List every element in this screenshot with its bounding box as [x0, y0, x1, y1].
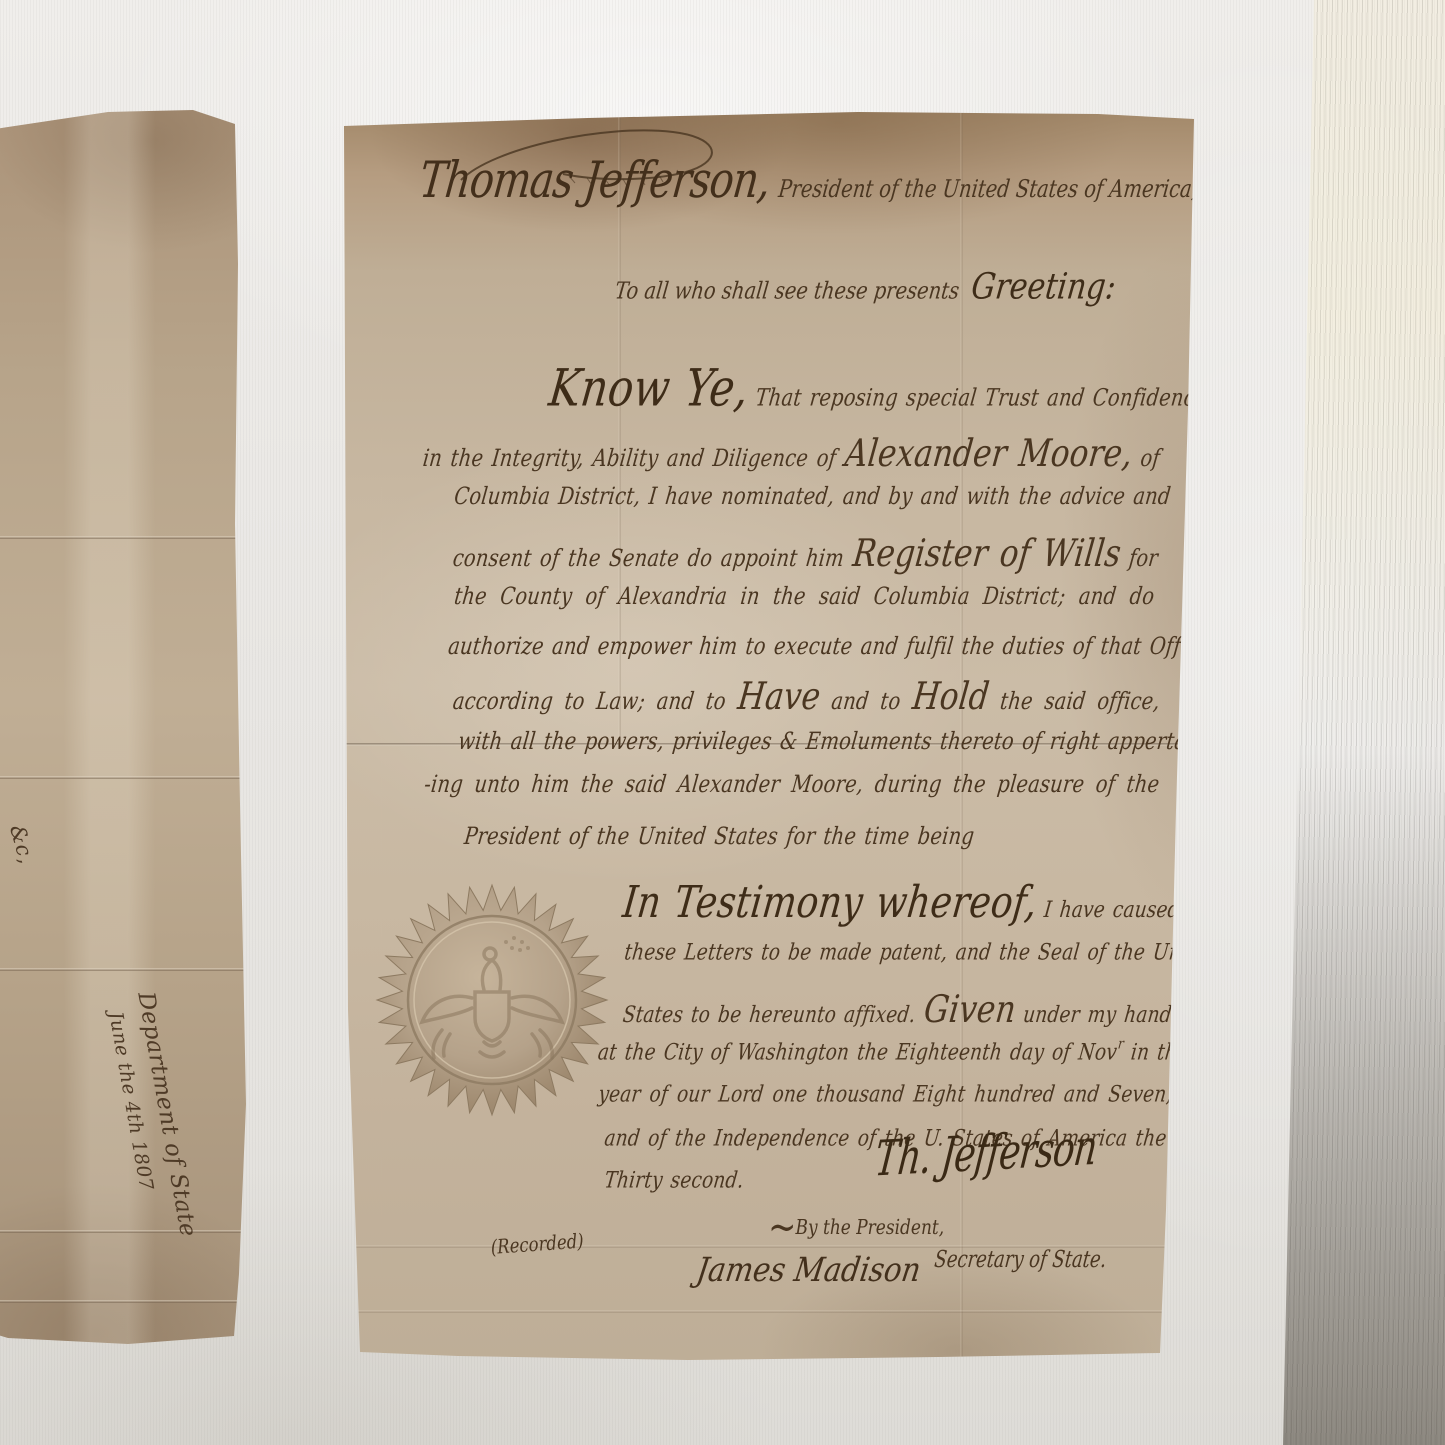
line-segment: Given: [922, 988, 1019, 1032]
line-segment: Columbia District, I have nominated, and…: [453, 482, 1173, 510]
document-line: Know Ye, That reposing special Trust and…: [546, 358, 1163, 418]
document-line: the County of Alexandria in the said Col…: [453, 582, 1156, 610]
document-line: with all the powers, privileges & Emolum…: [457, 727, 1160, 755]
folded-letter-paper: &c, Department of State June the 4th 180…: [0, 104, 258, 1346]
line-segment: Hold: [910, 675, 991, 719]
document-line: Thirty second.: [603, 1168, 796, 1194]
line-segment: consent of the Senate do appoint him: [451, 544, 854, 572]
line-segment: -ing unto him the said Alexander Moore, …: [423, 770, 1161, 798]
greeting-lead: To all who shall see these presents: [614, 277, 961, 305]
document-line: authorize and empower him to execute and…: [447, 632, 1162, 660]
title-script: Thomas Jefferson,: [417, 152, 773, 210]
line-segment: States to be hereunto affixed.: [621, 1003, 925, 1029]
line-segment: with all the powers, privileges & Emolum…: [457, 727, 1214, 755]
fold-crease: [338, 1310, 1200, 1313]
line-segment: of: [1130, 444, 1161, 472]
document-line: in the Integrity, Ability and Diligence …: [421, 432, 1163, 476]
line-segment: That reposing special Trust and Confiden…: [746, 384, 1209, 412]
secretary-of-state-line: Secretary of State.: [933, 1246, 1108, 1273]
line-segment: according to Law; and to: [451, 687, 739, 715]
line-segment: for: [1119, 544, 1160, 572]
greeting-line: To all who shall see these presentsGreet…: [613, 266, 1118, 308]
document-line: according to Law; and to Have and to Hol…: [451, 675, 1163, 719]
line-segment: Thirty second.: [603, 1168, 745, 1194]
line-segment: under my hand: [1014, 1003, 1174, 1029]
jefferson-signature: Th. Jefferson: [872, 1120, 1099, 1187]
document-line: year of our Lord one thousand Eight hund…: [597, 1082, 1174, 1108]
madison-signature: James Madison: [694, 1250, 924, 1289]
line-segment: Have: [736, 675, 823, 719]
line-segment: the said office,: [987, 687, 1162, 715]
line-segment: and to: [818, 687, 914, 715]
appointment-document: Thomas Jefferson,President of the United…: [338, 110, 1200, 1364]
fold-crease: [0, 536, 258, 539]
line-segment: Register of Wills: [851, 532, 1124, 576]
line-segment: Alexander Moore,: [843, 432, 1135, 476]
recorded-note: (Recorded): [490, 1230, 584, 1259]
document-line: these Letters to be made patent, and the…: [623, 940, 1174, 966]
seal-starburst: [377, 885, 607, 1115]
line-segment: in the Integrity, Ability and Diligence …: [421, 444, 846, 472]
document-line: President of the United States for the t…: [463, 822, 936, 850]
line-segment: I have caused: [1035, 898, 1182, 924]
by-the-president-line: ~By the President,: [768, 1204, 944, 1252]
fold-crease: [0, 968, 258, 971]
line-segment: at the City of Washington the Eighteenth…: [596, 1040, 1118, 1066]
pen-swash: ~: [768, 1204, 794, 1252]
embossed-seal: [372, 880, 612, 1120]
line-segment: year of our Lord one thousand Eight hund…: [597, 1082, 1174, 1108]
line-segment: the County of Alexandria in the said Col…: [453, 582, 1156, 610]
fold-crease: [0, 1230, 258, 1233]
document-line: consent of the Senate do appoint him Reg…: [451, 532, 1161, 576]
fold-crease: [0, 1300, 258, 1303]
department-of-state-docket: Department of State June the 4th 1807: [102, 990, 214, 1315]
docket-note: &c,: [5, 822, 39, 867]
line-segment: authorize and empower him to execute and…: [447, 632, 1212, 660]
line-segment: Know Ye,: [546, 358, 752, 418]
photo-of-framed-documents: &c, Department of State June the 4th 180…: [0, 0, 1445, 1445]
title-rest: President of the United States of Americ…: [777, 175, 1200, 204]
document-line: Columbia District, I have nominated, and…: [453, 482, 1158, 510]
document-line: -ing unto him the said Alexander Moore, …: [423, 770, 1161, 798]
fold-crease: [0, 776, 258, 779]
document-line: In Testimony whereof, I have caused: [620, 878, 1174, 928]
line-segment: In Testimony whereof,: [620, 878, 1040, 928]
line-segment: President of the United States for the t…: [463, 822, 976, 850]
by-the-president-text: By the President,: [796, 1216, 945, 1240]
line-segment: these Letters to be made patent, and the…: [623, 940, 1219, 966]
document-line: States to be hereunto affixed. Given und…: [621, 988, 1174, 1032]
greeting-word: Greeting:: [969, 266, 1118, 308]
document-line: at the City of Washington the Eighteenth…: [596, 1035, 1174, 1066]
document-title-line: Thomas Jefferson,President of the United…: [417, 152, 1203, 210]
